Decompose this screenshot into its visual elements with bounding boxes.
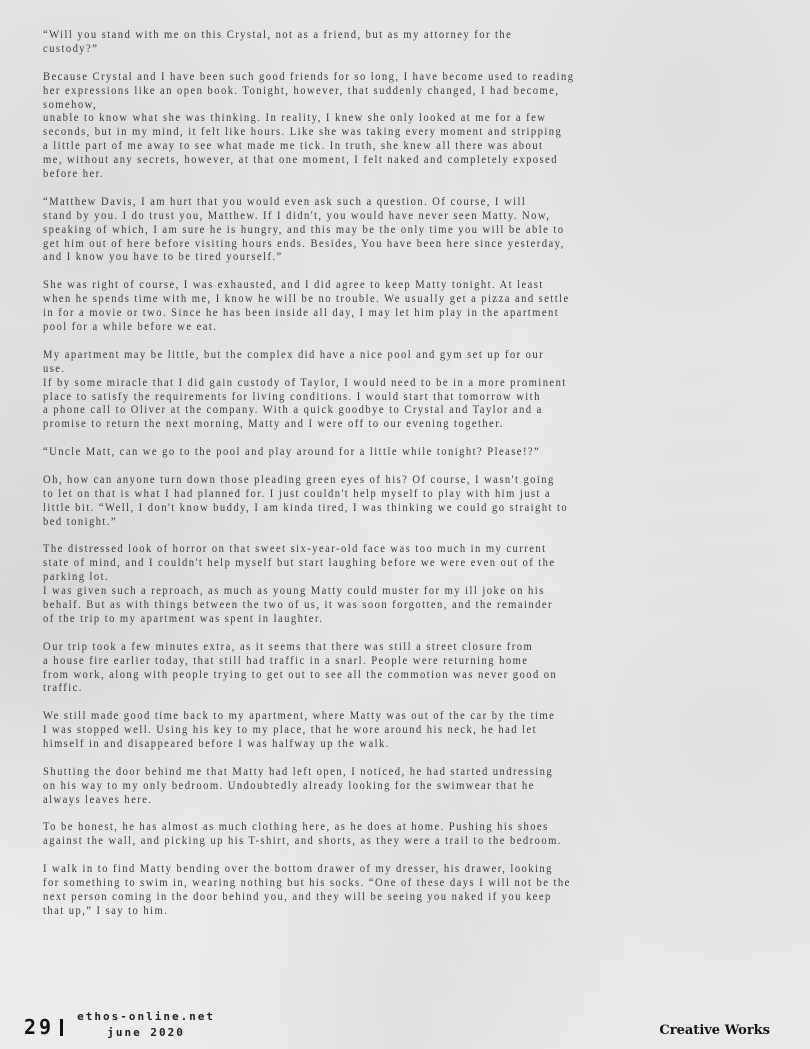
page-number: 29 [24, 1015, 54, 1039]
site-url: ethos-online.net [77, 1009, 215, 1025]
paragraph: The distressed look of horror on that sw… [43, 543, 763, 626]
paragraph: “Will you stand with me on this Crystal,… [43, 29, 763, 57]
footer-divider [60, 1019, 63, 1036]
paragraph: We still made good time back to my apart… [43, 710, 763, 752]
section-label: Creative Works [659, 1023, 770, 1038]
paragraph: I walk in to find Matty bending over the… [43, 863, 763, 919]
paragraph: She was right of course, I was exhausted… [43, 279, 763, 335]
paragraph: “Matthew Davis, I am hurt that you would… [43, 196, 763, 266]
paragraph: “Uncle Matt, can we go to the pool and p… [43, 446, 763, 460]
paragraph: To be honest, he has almost as much clot… [43, 821, 763, 849]
publication-info: ethos-online.net june 2020 [77, 1009, 215, 1041]
paragraph: Our trip took a few minutes extra, as it… [43, 641, 763, 697]
paragraph: Because Crystal and I have been such goo… [43, 71, 763, 182]
issue-date: june 2020 [77, 1025, 215, 1041]
paragraph: Oh, how can anyone turn down those plead… [43, 474, 763, 530]
article-body: “Will you stand with me on this Crystal,… [43, 29, 763, 933]
footer-left: 29 ethos-online.net june 2020 [24, 1013, 215, 1041]
paragraph: My apartment may be little, but the comp… [43, 349, 763, 432]
paragraph: Shutting the door behind me that Matty h… [43, 766, 763, 808]
